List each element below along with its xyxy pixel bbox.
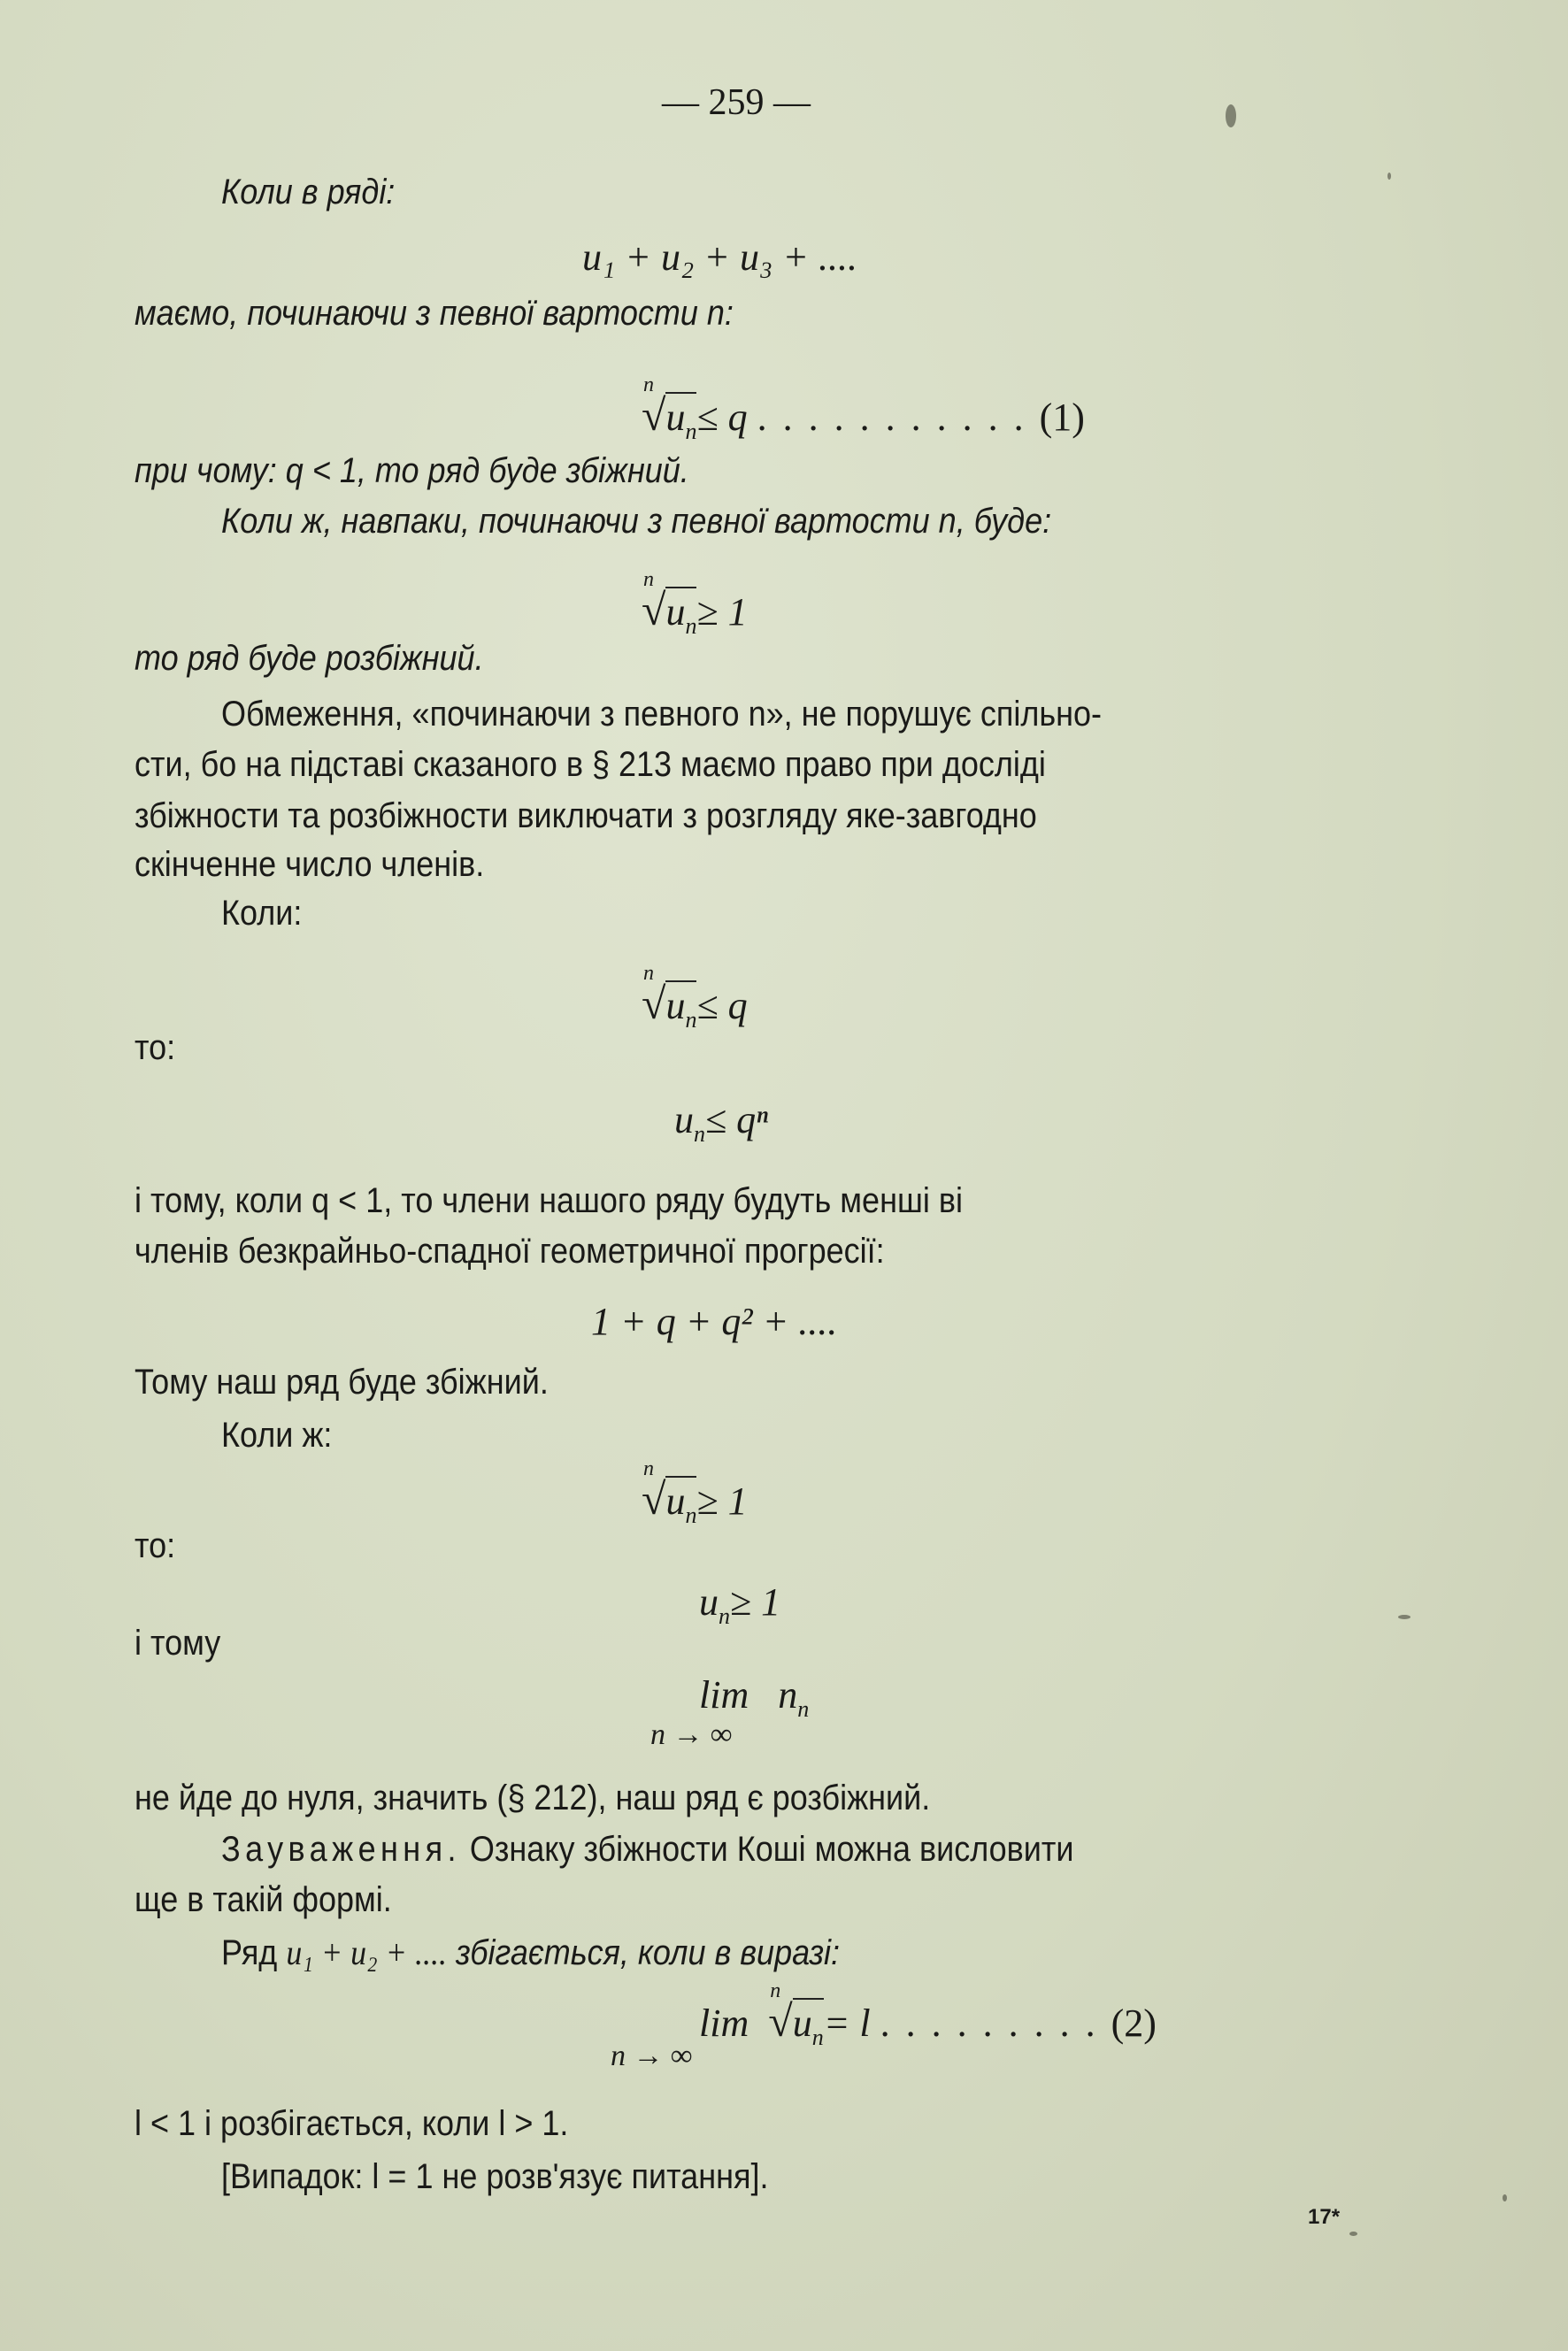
text-line: Ряд u₁ + u₂ + .... збігається, коли в ви… (221, 1932, 840, 1973)
paragraph-line: не йде до нуля, значить (§ 212), наш ряд… (135, 1779, 930, 1818)
text-line: l < 1 і розбігається, коли l > 1. (135, 2104, 568, 2144)
paper-speck (1226, 104, 1236, 127)
limit-subscript: n → ∞ (650, 1718, 732, 1752)
text-line: то: (135, 1526, 175, 1566)
formula-root-ge-1: n√un≥ 1 (642, 584, 748, 640)
paper-speck (1349, 2232, 1357, 2236)
formula-limit: lim nn (699, 1672, 809, 1723)
text-line: [Випадок: l = 1 не розв'язує питання]. (221, 2157, 768, 2197)
paragraph-line: Обмеження, «починаючи з певного n», не п… (221, 695, 1102, 734)
limit-subscript: n → ∞ (611, 2040, 692, 2073)
paragraph-line: сти, бо на підставі сказаного в § 213 ма… (135, 745, 1046, 785)
signature-mark: 17* (1308, 2205, 1340, 2230)
text-line: при чому: q < 1, то ряд буде збіжний. (135, 451, 689, 491)
equation-label: (1) (1040, 396, 1085, 439)
formula-root-le-q: n√un≤ q (642, 978, 748, 1033)
formula-un-ge-1: un≥ 1 (699, 1579, 780, 1630)
formula-eq1: n√un≤ q ...........(1) (642, 389, 1085, 445)
text-line: Коли в ряді: (221, 173, 395, 212)
text-line: Тому наш ряд буде збіжний. (135, 1363, 549, 1402)
paragraph-line: ще в такій формі. (135, 1880, 392, 1920)
formula-geometric: 1 + q + q² + .... (591, 1299, 837, 1344)
text-line: Коли: (221, 894, 302, 933)
text-line: і тому (135, 1624, 220, 1663)
paragraph-line: і тому, коли q < 1, то члени нашого ряду… (135, 1181, 963, 1221)
text-line: то: (135, 1028, 175, 1068)
paper-speck (1398, 1615, 1410, 1619)
paragraph-line: збіжности та розбіжности виключати з роз… (135, 796, 1037, 836)
paragraph-line: скінченне число членів. (135, 845, 484, 885)
formula-eq2: lim n√un= l .........(2) (699, 1995, 1157, 2051)
equation-label: (2) (1111, 2001, 1157, 2045)
remark-heading: Зауваження. (221, 1830, 461, 1869)
paragraph-line: членів безкрайньо-спадної геометричної п… (135, 1232, 885, 1272)
text-line: Коли ж: (221, 1416, 332, 1456)
text-line: то ряд буде розбіжний. (135, 639, 484, 679)
formula-series: u₁ + u₂ + u₃ + .... (582, 234, 857, 280)
paper-speck (1503, 2194, 1507, 2201)
text-line: маємо, починаючи з певної вартости n: (135, 294, 734, 334)
text-line: Коли ж, навпаки, починаючи з певної варт… (221, 502, 1051, 542)
formula-un-le-qn: un≤ qⁿ (674, 1097, 768, 1148)
page-number: — 259 — (662, 81, 811, 124)
paper-speck (1387, 173, 1391, 180)
remark-line: Зауваження. Ознаку збіжности Коші можна … (221, 1830, 1073, 1870)
formula-root-ge-1: n√un≥ 1 (642, 1473, 748, 1529)
